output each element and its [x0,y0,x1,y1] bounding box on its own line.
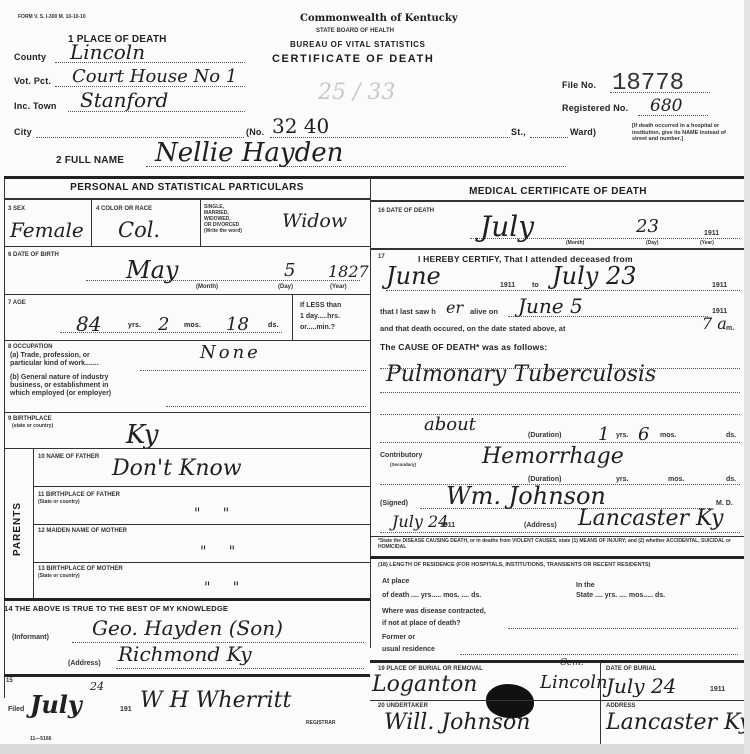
birthplace-value[interactable]: Ky [126,420,158,450]
county-value[interactable]: Lincoln [70,40,145,64]
contributory-ds-label: ds. [726,476,736,484]
last-saw-date[interactable]: June 5 [518,294,583,318]
mos-label: mos. [184,322,201,329]
informant-address-value[interactable]: Richmond Ky [118,642,252,666]
ds-label: ds. [268,322,279,329]
attended-to[interactable]: July 23 [552,262,636,290]
race-value[interactable]: Col. [118,218,160,242]
board-heading: STATE BOARD OF HEALTH [316,28,394,35]
occupation-label: 8 OCCUPATION [8,344,52,351]
street-label: St., [511,127,526,137]
mother-name-label: 12 MAIDEN NAME OF MOTHER [38,528,127,535]
father-name-value[interactable]: Don't Know [112,456,242,481]
mother-birthplace-value[interactable]: " " [204,580,239,596]
physician-address-value[interactable]: Lancaster Ky [578,506,723,531]
contributory-mos-label: mos. [668,476,684,484]
birthplace-sub: (state or country) [12,423,53,430]
age-years[interactable]: 84 [76,312,101,336]
father-name-label: 10 NAME OF FATHER [38,454,99,461]
burial-date-value[interactable]: July 24 [606,674,676,698]
full-name-value[interactable]: Nellie Hayden [155,138,343,168]
registrar-signature[interactable]: W H Wherritt [140,688,291,713]
year-caption: (Year) [330,284,347,291]
contracted-label-2: if not at place of death? [382,620,461,628]
contributory-value[interactable]: Hemorrhage [482,444,624,469]
occupation-value[interactable]: None [200,342,261,363]
filed-month[interactable]: July [30,690,82,719]
bureau-heading: BUREAU OF VITAL STATISTICS [290,40,425,49]
inc-town-label: Inc. Town [14,101,57,111]
contracted-label: Where was disease contracted, [382,608,486,616]
dod-year: 1911 [704,230,719,238]
county-label: County [14,52,46,62]
dod-day-caption: (Day) [646,240,659,247]
age-label: 7 AGE [8,300,26,307]
sex-label: 3 SEX [8,206,25,213]
former-residence-label: Former or [382,634,415,642]
informant-label: (Informant) [12,634,49,642]
last-saw-pronoun[interactable]: er [446,298,463,317]
file-no-label: File No. [562,80,596,90]
occupation-a-label: (a) Trade, profession, or particular kin… [10,352,99,368]
in-state-label: In the [576,582,595,590]
less-than-day: If LESS than 1 day.....hrs. or.....min.? [300,300,341,333]
cause-duration-mos[interactable]: 6 [638,424,649,445]
informant-statement: 14 THE ABOVE IS TRUE TO THE BEST OF MY K… [4,604,228,613]
age-months[interactable]: 2 [158,314,169,335]
undertaker-address-value[interactable]: Lancaster Ky [606,710,750,735]
former-residence-label-2: usual residence [382,646,435,654]
death-time-label: and that death occured, on the date stat… [380,325,565,333]
contributory-yrs-label: yrs. [616,476,628,484]
dod-year-caption: (Year) [700,240,714,247]
burial-place-county[interactable]: Lincoln [540,672,608,693]
signed-label: (Signed) [380,500,408,508]
cause-yrs-label: yrs. [616,432,628,440]
residence-heading: (18) LENGTH OF RESIDENCE (FOR HOSPITALS,… [378,562,740,569]
cause-duration-about[interactable]: about [424,414,476,435]
death-time-suffix: m. [726,325,734,333]
contributory-label: Contributory [380,452,422,460]
cause-duration-yrs[interactable]: 1 [598,424,609,445]
dod-month-caption: (Month) [566,240,584,247]
occupation-b-label: (b) General nature of industry business,… [10,374,111,398]
dob-month[interactable]: May [126,256,178,284]
city-label: City [14,127,32,137]
hospital-note: [If death occurred in a hospital or inst… [632,123,740,143]
certify-number: 17 [378,254,385,261]
at-place-label: At place [382,578,409,586]
informant-address-label: (Address) [68,660,101,668]
secondary-label: (Secondary) [390,461,416,468]
personal-section-title: PERSONAL AND STATISTICAL PARTICULARS [6,182,368,193]
last-saw-label: that I last saw h [380,308,436,316]
day-caption: (Day) [278,284,293,291]
marital-status-value[interactable]: Widow [282,210,347,232]
death-time[interactable]: 7 a [702,314,727,333]
parents-label: PARENTS [12,502,23,556]
dob-label: 6 DATE OF BIRTH [8,252,59,259]
father-birthplace-label: 11 BIRTHPLACE OF FATHER (State or countr… [38,492,120,506]
in-state-duration: State .... yrs. .... mos..... ds. [576,592,665,600]
burial-place-value[interactable]: Loganton [372,672,477,697]
attended-to-year: 1911 [712,282,727,290]
certificate-title: CERTIFICATE OF DEATH [272,53,434,65]
burial-date-label: DATE OF BURIAL [606,666,656,673]
registered-no-value[interactable]: 680 [650,96,682,116]
dob-day[interactable]: 5 [284,260,295,281]
street-no-label: (No. [246,127,264,137]
attended-from[interactable]: June [386,262,441,290]
at-place-duration: of death .... yrs..... mos. .... ds. [382,592,481,600]
race-label: 4 COLOR OR RACE [96,206,152,213]
street-no-value[interactable]: 32 40 [272,114,329,138]
ward-label: Ward) [570,127,596,137]
filed-number: 15 [6,678,13,685]
burial-place-extra[interactable]: Cem. [560,658,584,668]
dod-label: 16 DATE OF DEATH [378,208,434,215]
marital-status-label: SINGLE, MARRIED, WIDOWED, OR DIVORCED (W… [204,204,242,234]
sex-value[interactable]: Female [10,218,84,242]
filed-day[interactable]: 24 [90,680,104,693]
registered-no-label: Registered No. [562,103,628,113]
yrs-label: yrs. [128,322,141,329]
burial-date-year: 1911 [710,686,725,694]
duration-label: (Duration) [528,432,561,440]
undertaker-value[interactable]: Will. Johnson [384,710,530,735]
cause-heading: The CAUSE OF DEATH* was as follows: [380,342,547,352]
vot-pct-value[interactable]: Court House No 1 [72,66,237,87]
birthplace-label: 9 BIRTHPLACE [8,416,52,423]
footer-code: 11—5166 [30,736,51,743]
attended-from-year: 1911 [500,282,515,290]
inc-town-value[interactable]: Stanford [80,88,168,112]
cause-value[interactable]: Pulmonary Tuberculosis [386,362,656,387]
signed-year: 1911 [440,522,455,530]
mother-name-value[interactable]: " " [200,544,235,560]
cause-ds-label: ds. [726,432,736,440]
undertaker-label: 20 UNDERTAKER [378,703,428,710]
death-certificate: FORM V. S. I-300 M. 10-10-10 Commonwealt… [0,0,750,754]
full-name-label: 2 FULL NAME [56,155,124,166]
cause-footnote: *State the DISEASE CAUSING DEATH, or in … [378,538,742,550]
physician-address-label: (Address) [524,522,557,530]
dob-year[interactable]: 1827 [328,262,369,281]
informant-value[interactable]: Geo. Hayden (Son) [92,616,283,640]
to-label: to [532,282,539,290]
medical-section-title: MEDICAL CERTIFICATE OF DEATH [372,186,744,197]
month-caption: (Month) [196,284,218,291]
filed-year: 191 [120,706,132,714]
dod-day[interactable]: 23 [636,216,659,237]
vot-pct-label: Vot. Pct. [14,76,51,86]
filed-label: Filed [8,706,24,714]
undertaker-address-label: ADDRESS [606,703,635,710]
registrar-label: REGISTRAR [306,720,335,727]
cause-mos-label: mos. [660,432,676,440]
faint-stamp: 25 / 33 [318,80,395,105]
form-number: FORM V. S. I-300 M. 10-10-10 [18,14,86,21]
age-days[interactable]: 18 [226,314,249,335]
commonwealth-heading: Commonwealth of Kentucky [300,13,458,24]
alive-on-label: alive on [470,308,498,316]
mother-birthplace-label: 13 BIRTHPLACE OF MOTHER (State or countr… [38,566,123,580]
dod-month[interactable]: July [480,210,534,243]
father-birthplace-value[interactable]: " " [194,506,229,522]
